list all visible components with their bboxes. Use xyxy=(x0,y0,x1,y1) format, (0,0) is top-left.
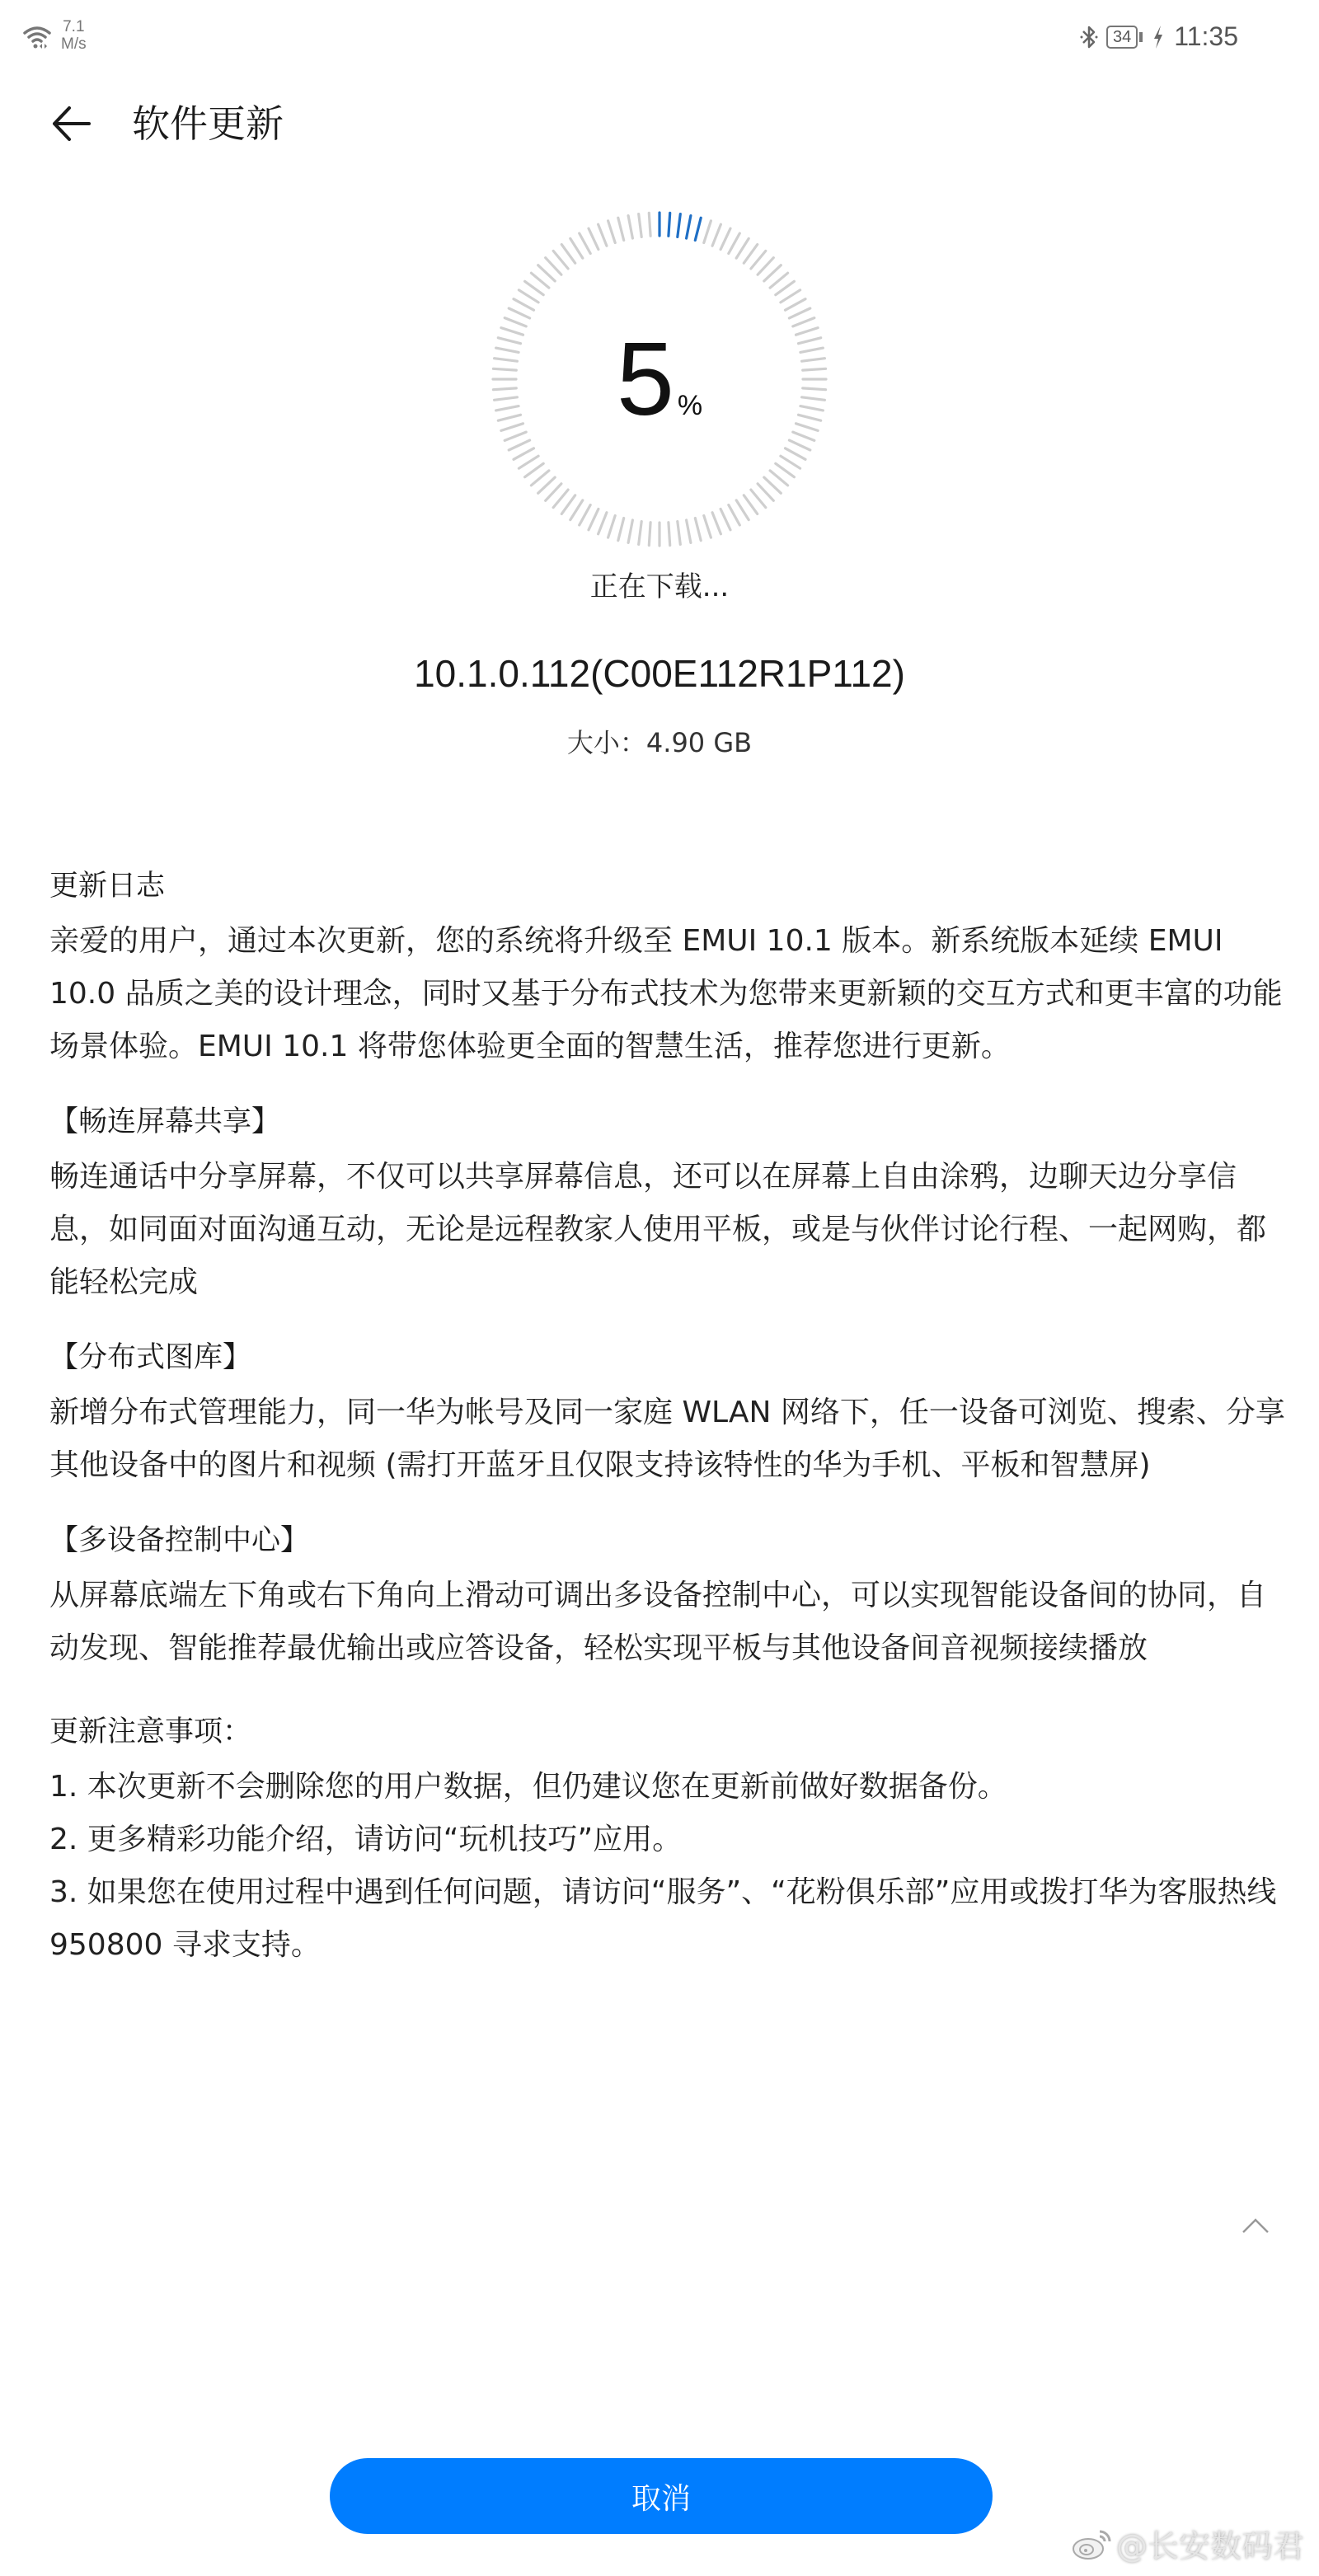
progress-tick xyxy=(704,516,711,538)
progress-tick xyxy=(678,214,681,237)
progress-tick xyxy=(570,238,583,258)
progress-tick xyxy=(736,238,749,258)
progress-tick xyxy=(628,216,632,239)
note-item: 3. 如果您在使用过程中遇到任何问题，请访问“服务”、“花粉俱乐部”应用或拨打华… xyxy=(49,1866,1286,1972)
progress-tick xyxy=(519,456,538,468)
update-notes: 更新注意事项： 1. 本次更新不会删除您的用户数据，但仍建议您在更新前做好数据备… xyxy=(49,1703,1286,1972)
progress-tick xyxy=(598,513,607,534)
progress-tick xyxy=(712,513,721,534)
progress-tick xyxy=(789,440,810,450)
progress-tick xyxy=(695,518,701,541)
feature-section: 【多设备控制中心】 从屏幕底端左下角或右下角向上滑动可调出多设备控制中心，可以实… xyxy=(49,1512,1286,1675)
progress-tick xyxy=(531,471,549,486)
progress-tick xyxy=(781,456,800,468)
feature-section: 【畅连屏幕共享】 畅连通话中分享屏幕，不仅可以共享屏幕信息，还可以在屏幕上自由涂… xyxy=(49,1093,1286,1309)
watermark: @长安数码君 xyxy=(1072,2521,1304,2566)
progress-tick xyxy=(546,484,561,501)
progress-tick xyxy=(789,308,810,318)
progress-tick xyxy=(758,484,773,501)
network-speed-unit: M/s xyxy=(61,35,87,53)
progress-tick xyxy=(589,509,598,529)
progress-tick xyxy=(608,516,616,538)
progress-tick xyxy=(678,522,681,545)
progress-tick xyxy=(786,448,806,460)
progress-tick xyxy=(712,224,721,246)
progress-tick xyxy=(538,477,556,493)
progress-tick xyxy=(649,213,650,236)
progress-tick xyxy=(744,245,757,264)
weibo-icon xyxy=(1072,2527,1113,2561)
progress-tick xyxy=(721,509,730,529)
progress-tick xyxy=(729,505,740,526)
feature-title: 【畅连屏幕共享】 xyxy=(49,1093,1286,1151)
progress-tick xyxy=(561,245,575,264)
battery-tip xyxy=(1139,32,1143,42)
progress-tick xyxy=(519,290,538,303)
progress-tick xyxy=(628,520,632,543)
progress-percent: 5% xyxy=(0,321,1319,437)
changelog-intro: 亲爱的用户，通过本次更新，您的系统将升级至 EMUI 10.1 版本。新系统版本… xyxy=(49,915,1286,1073)
progress-tick xyxy=(580,233,591,254)
progress-tick xyxy=(538,265,556,281)
notes-title: 更新注意事项： xyxy=(49,1703,1286,1761)
progress-tick xyxy=(770,273,788,288)
progress-percent-value: 5 xyxy=(617,321,674,437)
progress-tick xyxy=(729,233,740,254)
feature-title: 【多设备控制中心】 xyxy=(49,1512,1286,1570)
progress-tick xyxy=(736,500,749,520)
note-item: 2. 更多精彩功能介绍，请访问“玩机技巧”应用。 xyxy=(49,1814,1286,1866)
charging-icon xyxy=(1152,26,1164,49)
progress-tick xyxy=(744,495,757,514)
battery-level: 34 xyxy=(1106,26,1138,49)
progress-tick xyxy=(751,251,766,269)
feature-body: 畅连通话中分享屏幕，不仅可以共享屏幕信息，还可以在屏幕上自由涂鸦，边聊天边分享信… xyxy=(49,1151,1286,1309)
progress-tick xyxy=(776,281,795,294)
wifi-icon xyxy=(23,25,51,49)
progress-tick xyxy=(639,214,642,237)
feature-body: 从屏幕底端左下角或右下角向上滑动可调出多设备控制中心，可以实现智能设备间的协同，… xyxy=(49,1570,1286,1675)
progress-tick xyxy=(695,218,701,240)
battery-icon: 34 xyxy=(1106,26,1143,49)
progress-percent-sign: % xyxy=(678,390,702,421)
progress-tick xyxy=(764,265,782,281)
progress-tick xyxy=(764,477,782,493)
feature-title: 【分布式图库】 xyxy=(49,1329,1286,1387)
bluetooth-icon xyxy=(1080,23,1098,51)
feature-body: 新增分布式管理能力，同一华为帐号及同一家庭 WLAN 网络下，任一设备可浏览、搜… xyxy=(49,1387,1286,1492)
note-item: 1. 本次更新不会删除您的用户数据，但仍建议您在更新前做好数据备份。 xyxy=(49,1761,1286,1814)
progress-tick xyxy=(553,490,568,508)
arrow-left-icon[interactable] xyxy=(51,105,92,143)
progress-tick xyxy=(781,290,800,303)
progress-tick xyxy=(618,218,624,240)
progress-tick xyxy=(570,500,583,520)
network-speed: 7.1 M/s xyxy=(61,18,87,53)
progress-tick xyxy=(514,448,534,460)
cancel-button[interactable]: 取消 xyxy=(330,2458,993,2534)
progress-tick xyxy=(509,308,529,318)
progress-tick xyxy=(687,216,691,239)
progress-tick xyxy=(639,522,642,545)
progress-tick xyxy=(553,251,568,269)
progress-tick xyxy=(776,463,795,476)
status-bar: 7.1 M/s 34 11:35 xyxy=(0,0,1319,74)
progress-tick xyxy=(531,273,549,288)
watermark-text: @长安数码君 xyxy=(1116,2521,1304,2566)
version-label: 10.1.0.112(C00E112R1P112) xyxy=(0,651,1319,696)
status-icons: 34 11:35 xyxy=(1080,21,1238,52)
progress-tick xyxy=(704,221,711,243)
progress-tick xyxy=(598,224,607,246)
changelog-title: 更新日志 xyxy=(49,857,1286,915)
progress-tick xyxy=(649,523,650,546)
progress-tick xyxy=(669,213,670,236)
progress-tick xyxy=(589,228,598,249)
progress-tick xyxy=(786,299,806,311)
chevron-up-icon[interactable] xyxy=(1242,2217,1270,2234)
download-status: 正在下载... xyxy=(0,564,1319,604)
progress-tick xyxy=(561,495,575,514)
progress-tick xyxy=(618,518,624,541)
clock: 11:35 xyxy=(1174,21,1238,52)
progress-tick xyxy=(770,471,788,486)
page-title: 软件更新 xyxy=(132,97,284,150)
progress-tick xyxy=(687,520,691,543)
progress-tick xyxy=(751,490,766,508)
progress-tick xyxy=(721,228,730,249)
progress-tick xyxy=(509,440,529,450)
progress-tick xyxy=(758,258,773,275)
progress-tick xyxy=(608,221,616,243)
package-size: 大小：4.90 GB xyxy=(0,722,1319,760)
progress-tick xyxy=(514,299,534,311)
progress-tick xyxy=(546,258,561,275)
feature-section: 【分布式图库】 新增分布式管理能力，同一华为帐号及同一家庭 WLAN 网络下，任… xyxy=(49,1329,1286,1492)
progress-tick xyxy=(525,281,544,294)
network-speed-value: 7.1 xyxy=(61,18,87,35)
progress-tick xyxy=(580,505,591,526)
progress-tick xyxy=(525,463,544,476)
progress-tick xyxy=(669,523,670,546)
app-bar: 软件更新 xyxy=(0,91,1319,157)
changelog: 更新日志 亲爱的用户，通过本次更新，您的系统将升级至 EMUI 10.1 版本。… xyxy=(49,857,1286,1972)
